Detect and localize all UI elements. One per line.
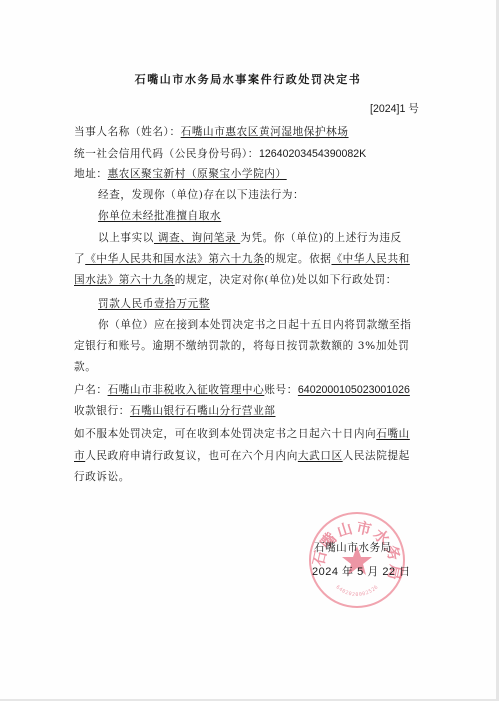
violation-text: 你单位未经批准擅自取水 [98, 209, 221, 223]
document-page: 石嘴山市水务局水事案件行政处罚决定书 [2024]1 号 当事人名称（姓名）：石… [0, 0, 496, 699]
party-name-value: 石嘴山市惠农区黄河湿地保护林场 [181, 126, 349, 138]
bank-label: 收款银行： [74, 405, 130, 417]
law-line-3: 国水法》第六十九条的规定，决定对你(单位)处以如下行政处罚： [74, 273, 397, 287]
facts-evidence: 调查、询问笔录 [154, 232, 240, 244]
credit-code-row: 统一社会信用代码（公民身份号码）：12640203454390082K [74, 147, 366, 161]
seal-graphic: 石嘴山市水务局 6402020002526 2 [309, 512, 405, 608]
facts-suffix: 为凭。你（单位)的上述行为违反 [240, 232, 401, 244]
law-ref-2-part2: 国水法》第六十九条 [74, 274, 175, 286]
appeal-line2-mid: 人民政府申请行政复议，也可在六个月内向 [85, 450, 298, 462]
payment-line-1: 你（单位）应在接到本处罚决定书之日起十五日内将罚款缴至指 [98, 318, 411, 332]
penalty-text: 罚款人民币壹拾万元整 [98, 297, 210, 311]
appeal-gov-part2: 市 [74, 450, 85, 462]
official-seal: 石嘴山市水务局 6402020002526 2 [309, 512, 405, 608]
appeal-line1-prefix: 如不服本处罚决定，可在收到本处罚决定书之日起六十日内向 [74, 428, 376, 440]
law-line-2: 了《中华人民共和国水法》第六十九条的规定。依据《中华人民共和 [74, 252, 410, 266]
appeal-line-2: 市人民政府申请行政复议，也可在六个月内向大武口区人民法院提起 [74, 449, 410, 463]
law-line3-suffix: 的规定，决定对你(单位)处以如下行政处罚： [175, 274, 397, 286]
facts-line: 以上事实以 调查、询问笔录 为凭。你（单位)的上述行为违反 [98, 231, 402, 245]
credit-code-value: 12640203454390082K [259, 148, 366, 160]
appeal-line2-suffix: 人民法院提起 [343, 450, 410, 462]
law-ref-2-part1: 《中华人民共和 [331, 253, 409, 265]
address-value: 惠农区聚宝新村（原聚宝小学院内） [108, 168, 287, 180]
credit-code-label: 统一社会信用代码（公民身份号码）： [74, 148, 259, 160]
appeal-gov-part1: 石嘴山 [376, 428, 410, 440]
bank-value: 石嘴山银行石嘴山分行营业部 [130, 405, 276, 417]
appeal-court: 大武口区 [298, 450, 343, 462]
law-ref-1: 《中华人民共和国水法》第六十九条 [85, 253, 264, 265]
found-text: 经查，发现你（单位)存在以下违法行为： [98, 188, 304, 202]
bank-row: 收款银行：石嘴山银行石嘴山分行营业部 [74, 404, 276, 418]
party-name-row: 当事人名称（姓名）：石嘴山市惠农区黄河湿地保护林场 [74, 125, 349, 139]
payment-line-3: 款。 [74, 360, 96, 374]
appeal-line-1: 如不服本处罚决定，可在收到本处罚决定书之日起六十日内向石嘴山 [74, 427, 410, 441]
account-no-label: 账号： [264, 384, 298, 396]
facts-prefix: 以上事实以 [98, 232, 154, 244]
account-name-value: 石嘴山市非税收入征收管理中心 [108, 384, 265, 396]
account-name-label: 户名： [74, 384, 108, 396]
address-row: 地址：惠农区聚宝新村（原聚宝小学院内） [74, 167, 287, 181]
issue-date: 2024 年 5 月 22 日 [312, 565, 411, 579]
law-line2-mid: 的规定。依据 [264, 253, 331, 265]
account-row: 户名：石嘴山市非税收入征收管理中心账号：6402000105023001026 [74, 383, 410, 397]
document-title: 石嘴山市水务局水事案件行政处罚决定书 [0, 73, 496, 87]
party-name-label: 当事人名称（姓名）： [74, 126, 181, 138]
address-label: 地址： [74, 168, 108, 180]
account-no-value: 6402000105023001026 [298, 384, 410, 396]
law-line2-prefix: 了 [74, 253, 85, 265]
document-number: [2024]1 号 [370, 102, 419, 116]
payment-line-2: 定银行和账号。逾期不缴纳罚款的，将每日按罚款数额的 3%加处罚 [74, 339, 409, 353]
issuer-name: 石嘴山市水务局 [314, 541, 392, 555]
appeal-line-3: 行政诉讼。 [74, 470, 130, 484]
